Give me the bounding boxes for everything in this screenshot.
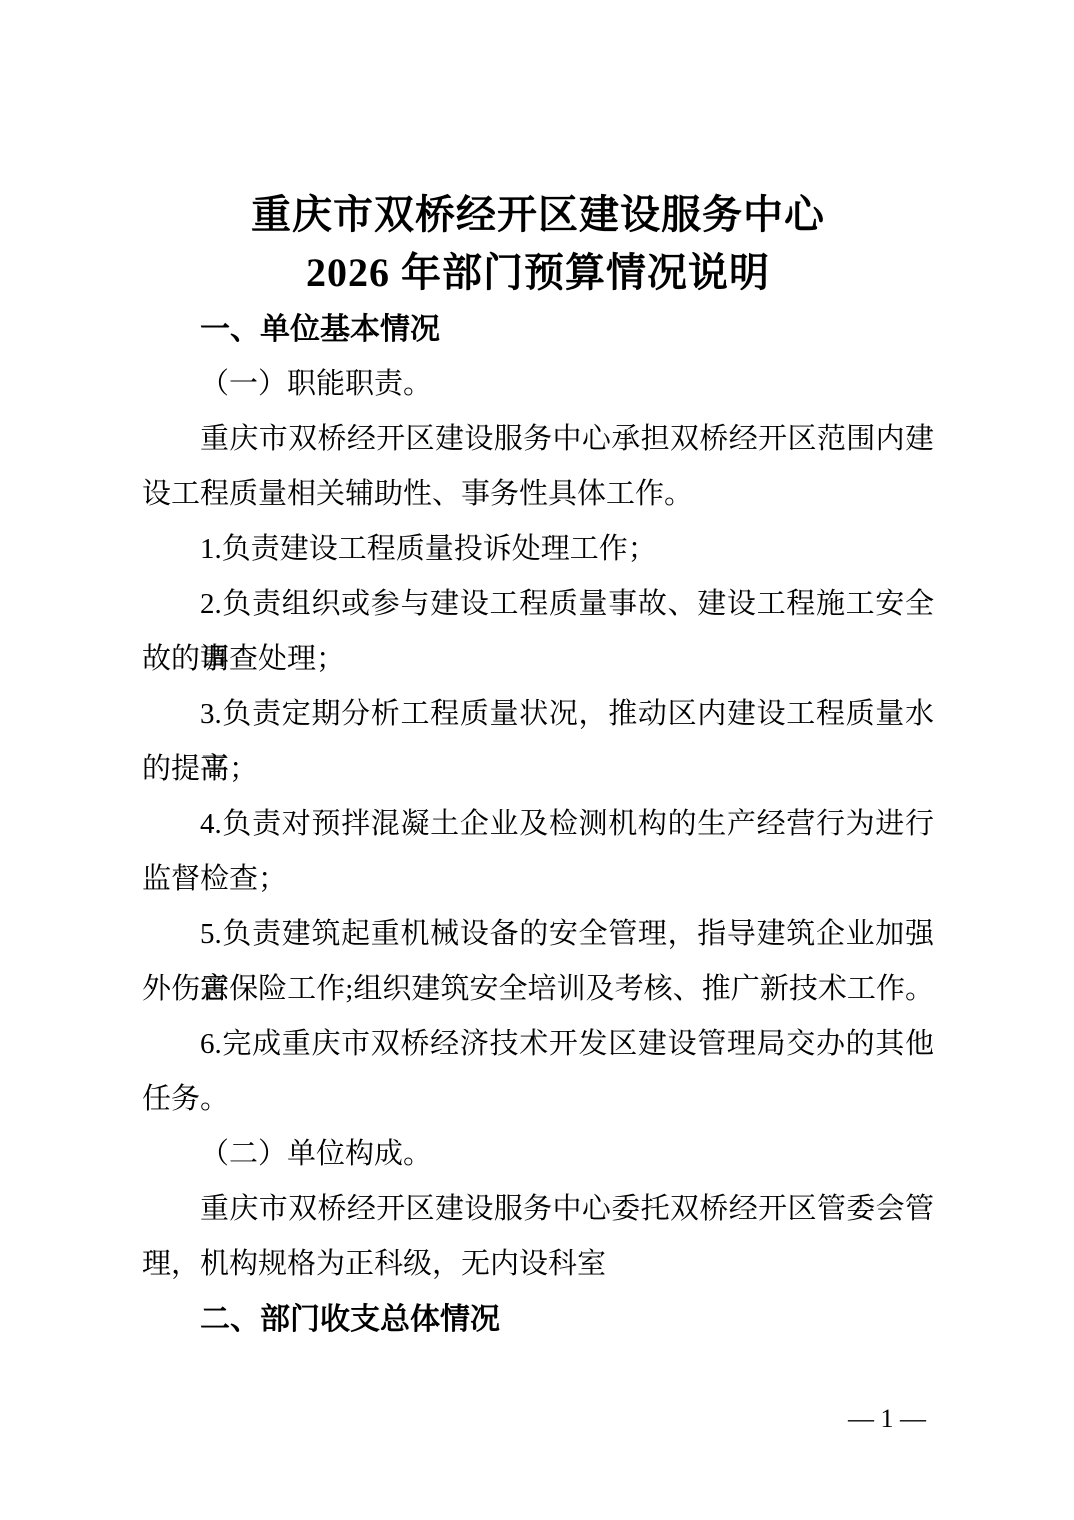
document-page: 重庆市双桥经开区建设服务中心 2026 年部门预算情况说明 一、单位基本情况（一… — [0, 0, 1074, 1520]
body-line: 1.负责建设工程质量投诉处理工作； — [142, 522, 934, 577]
body-line: 4.负责对预拌混凝土企业及检测机构的生产经营行为进行 — [142, 797, 934, 852]
body-line: 监督检查； — [142, 852, 934, 907]
body-line: 故的调查处理； — [142, 632, 934, 687]
section-heading: 二、部门收支总体情况 — [142, 1292, 934, 1347]
body-line: 理，机构规格为正科级，无内设科室 — [142, 1237, 934, 1292]
body-line: 5.负责建筑起重机械设备的安全管理，指导建筑企业加强意 — [142, 907, 934, 962]
body-line: 设工程质量相关辅助性、事务性具体工作。 — [142, 467, 934, 522]
section-heading: 一、单位基本情况 — [142, 302, 934, 357]
page-number: — 1 — — [848, 1402, 926, 1436]
body-line: 6.完成重庆市双桥经济技术开发区建设管理局交办的其他 — [142, 1017, 934, 1072]
subsection-heading: （二）单位构成。 — [142, 1127, 934, 1182]
document-title-line-2: 2026 年部门预算情况说明 — [142, 244, 934, 302]
document-body: 一、单位基本情况（一）职能职责。重庆市双桥经开区建设服务中心承担双桥经开区范围内… — [142, 302, 934, 1347]
body-line: 外伤害保险工作;组织建筑安全培训及考核、推广新技术工作。 — [142, 962, 934, 1017]
body-line: 重庆市双桥经开区建设服务中心委托双桥经开区管委会管 — [142, 1182, 934, 1237]
body-line: 重庆市双桥经开区建设服务中心承担双桥经开区范围内建 — [142, 412, 934, 467]
body-line: 3.负责定期分析工程质量状况，推动区内建设工程质量水平 — [142, 687, 934, 742]
body-line: 的提高； — [142, 742, 934, 797]
document-title-line-1: 重庆市双桥经开区建设服务中心 — [142, 186, 934, 244]
body-line: 2.负责组织或参与建设工程质量事故、建设工程施工安全事 — [142, 577, 934, 632]
subsection-heading: （一）职能职责。 — [142, 357, 934, 412]
body-line: 任务。 — [142, 1072, 934, 1127]
document-content: 重庆市双桥经开区建设服务中心 2026 年部门预算情况说明 一、单位基本情况（一… — [142, 186, 934, 1347]
